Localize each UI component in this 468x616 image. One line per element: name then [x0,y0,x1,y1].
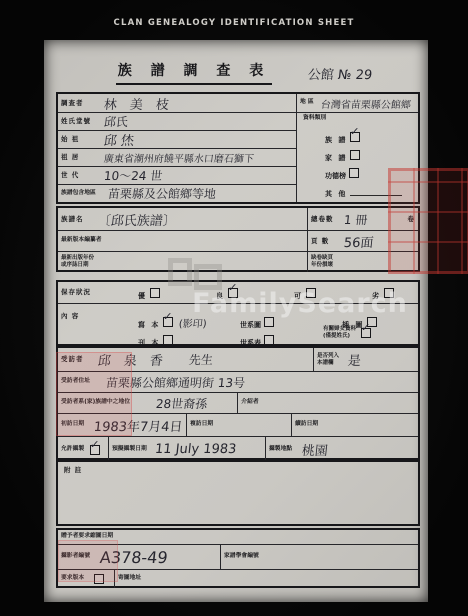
pages-value: 56面 [343,232,375,251]
notes-box: 附 註 [56,460,420,526]
surveyor-label: 調查者 [58,99,104,107]
good-checkbox: ✓ [228,288,238,298]
volumes-value: 1 冊 [343,211,368,228]
position-value: 28世裔孫 [155,395,208,412]
introducer-label: 介紹者 [238,399,274,406]
lineage-chart-option: 世系圖 [240,312,274,331]
gongdebang-checkbox [349,168,359,178]
category-option-gongdebang: 功德榜 [325,163,359,182]
pages-label: 頁 數 [308,237,344,245]
manuscript-checkbox: ✓ [163,317,173,327]
film-place-value: 桃園 [301,440,329,459]
founder-value: 邱 烋 [103,130,135,149]
film-permission-checkbox: ✓ [90,445,100,455]
sheet-header: CLAN GENEALOGY IDENTIFICATION SHEET [0,18,468,28]
watermark-logo-squares [168,244,228,284]
region-row: 地 區 台灣省苗栗縣公館鄉 [297,94,418,112]
category-option-zupu: 族 譜✓ [325,127,360,146]
society-no-label: 家譜學會編號 [221,553,275,560]
listed-value: 是 [347,350,362,369]
send-address-label: 寄圖地址 [115,575,153,582]
founder-label: 始 祖 [58,135,104,143]
microfilm-photo: CLAN GENEALOGY IDENTIFICATION SHEET 族 譜 … [0,0,468,616]
jiapu-checkbox [350,150,360,160]
photocopy-note: (影印) [178,315,207,330]
condition-label: 保存狀況 [58,288,110,296]
film-date-value: 11 July 1983 [154,442,266,457]
interviewee-suffix: 先生 [188,351,214,368]
region-value: 台灣省苗栗縣公館鄉 [320,96,412,111]
publication-row: 最新出版年份 或序誌日期 缺卷缺頁 年份損壞 [58,251,418,272]
surveyor-row: 調查者 林 美 枝 [58,94,296,112]
region-label: 地 區 [297,99,321,106]
condition-fair: 可 [294,283,316,302]
category-option-jiapu: 家 譜 [325,145,360,164]
page-number-handwritten: 公館 № 29 [308,64,372,83]
fair-checkbox [306,288,316,298]
generations-value: 10～24 世 [103,167,163,184]
condition-row: 保存狀況 優 良✓ 可 劣 [58,282,418,303]
coverage-row: 族譜包含地區 苗栗縣及公館鄉等地 [58,184,296,202]
ancestral-home-label: 祖 居 [58,153,104,161]
condition-excellent: 優 [138,283,160,302]
film-permission-label: 允許攝製 [58,446,90,453]
founder-row: 始 祖 邱 烋 [58,130,296,148]
lineage-chart-checkbox [264,317,274,327]
film-date-label: 預擬攝製日期 [109,446,155,453]
listed-label-line1: 是否列入 [314,353,348,360]
generations-row: 世 代 10～24 世 [58,166,296,184]
women-data-checkbox: ✓ [361,328,371,338]
poor-checkbox [384,288,394,298]
condition-table: 保存狀況 優 良✓ 可 劣 內 容 寫 本✓ (影印) 世系圖 插 圖 刊 本 … [56,280,420,346]
filming-row: 允許攝製 ✓ 預擬攝製日期 11 July 1983 攝製地點 桃園 [58,436,418,462]
listed-label-line2: 本譜欄 [314,360,348,367]
surname-hall-value: 邱氏 [103,113,129,130]
coverage-label: 族譜包含地區 [58,190,108,197]
ancestral-home-row: 祖 居 廣東省潮州府饒平縣水口磨石獅下 [58,148,296,166]
second-visit-label: 複訪日期 [187,421,223,428]
printed-edition-checkbox [163,335,173,345]
coverage-value: 苗栗縣及公館鄉等地 [107,185,217,202]
zupu-checkbox: ✓ [350,132,360,142]
red-seal-stamp [388,168,468,274]
form-title: 族 譜 調 查 表 [116,60,272,85]
volumes-label: 總卷數 [308,215,344,223]
surveyor-value: 林 美 枝 [103,94,170,113]
genealogy-name-value: 〔邱氏族譜〕 [97,210,308,229]
ancestral-home-value: 廣東省潮州府饒平縣水口磨石獅下 [103,150,255,165]
women-data-option: 有關婦女資料 (僅提姓氏) ✓ [320,326,371,339]
compiler-row: 最新版本編纂者 頁 數 56面 [58,230,418,251]
compiler-label: 最新版本編纂者 [58,237,124,244]
third-visit-label: 續訪日期 [292,421,328,428]
contents-row: 內 容 寫 本✓ (影印) 世系圖 插 圖 刊 本 世系表 有關婦女資料 (僅提… [58,303,418,345]
red-stamp-overlay [56,352,132,436]
film-place-label: 攝製地點 [266,446,302,453]
form-paper: 族 譜 調 查 表 公館 № 29 調查者 林 美 枝 姓氏堂號 邱氏 始 祖 [44,40,428,602]
genealogy-title-table: 族譜名 〔邱氏族譜〕 總卷數 1 冊 卷 最新版本編纂者 頁 數 56面 [56,206,420,272]
surname-hall-row: 姓氏堂號 邱氏 [58,112,296,130]
material-category-label: 資料類別 [300,115,329,122]
lineage-table-checkbox [264,335,274,345]
notes-label: 附 註 [61,466,85,474]
generations-label: 世 代 [58,171,104,179]
condition-poor: 劣 [372,283,394,302]
contents-label: 內 容 [58,312,110,320]
genealogy-name-label: 族譜名 [58,215,98,223]
excellent-checkbox [150,288,160,298]
red-stamp-overlay-small [58,540,118,582]
genealogy-name-row: 族譜名 〔邱氏族譜〕 總卷數 1 冊 卷 [58,208,418,230]
manuscript-option: 寫 本✓ (影印) [138,312,206,331]
basic-info-table: 調查者 林 美 枝 姓氏堂號 邱氏 始 祖 邱 烋 祖 居 廣東省潮州府饒平縣水… [56,92,420,204]
surname-hall-label: 姓氏堂號 [58,117,104,125]
